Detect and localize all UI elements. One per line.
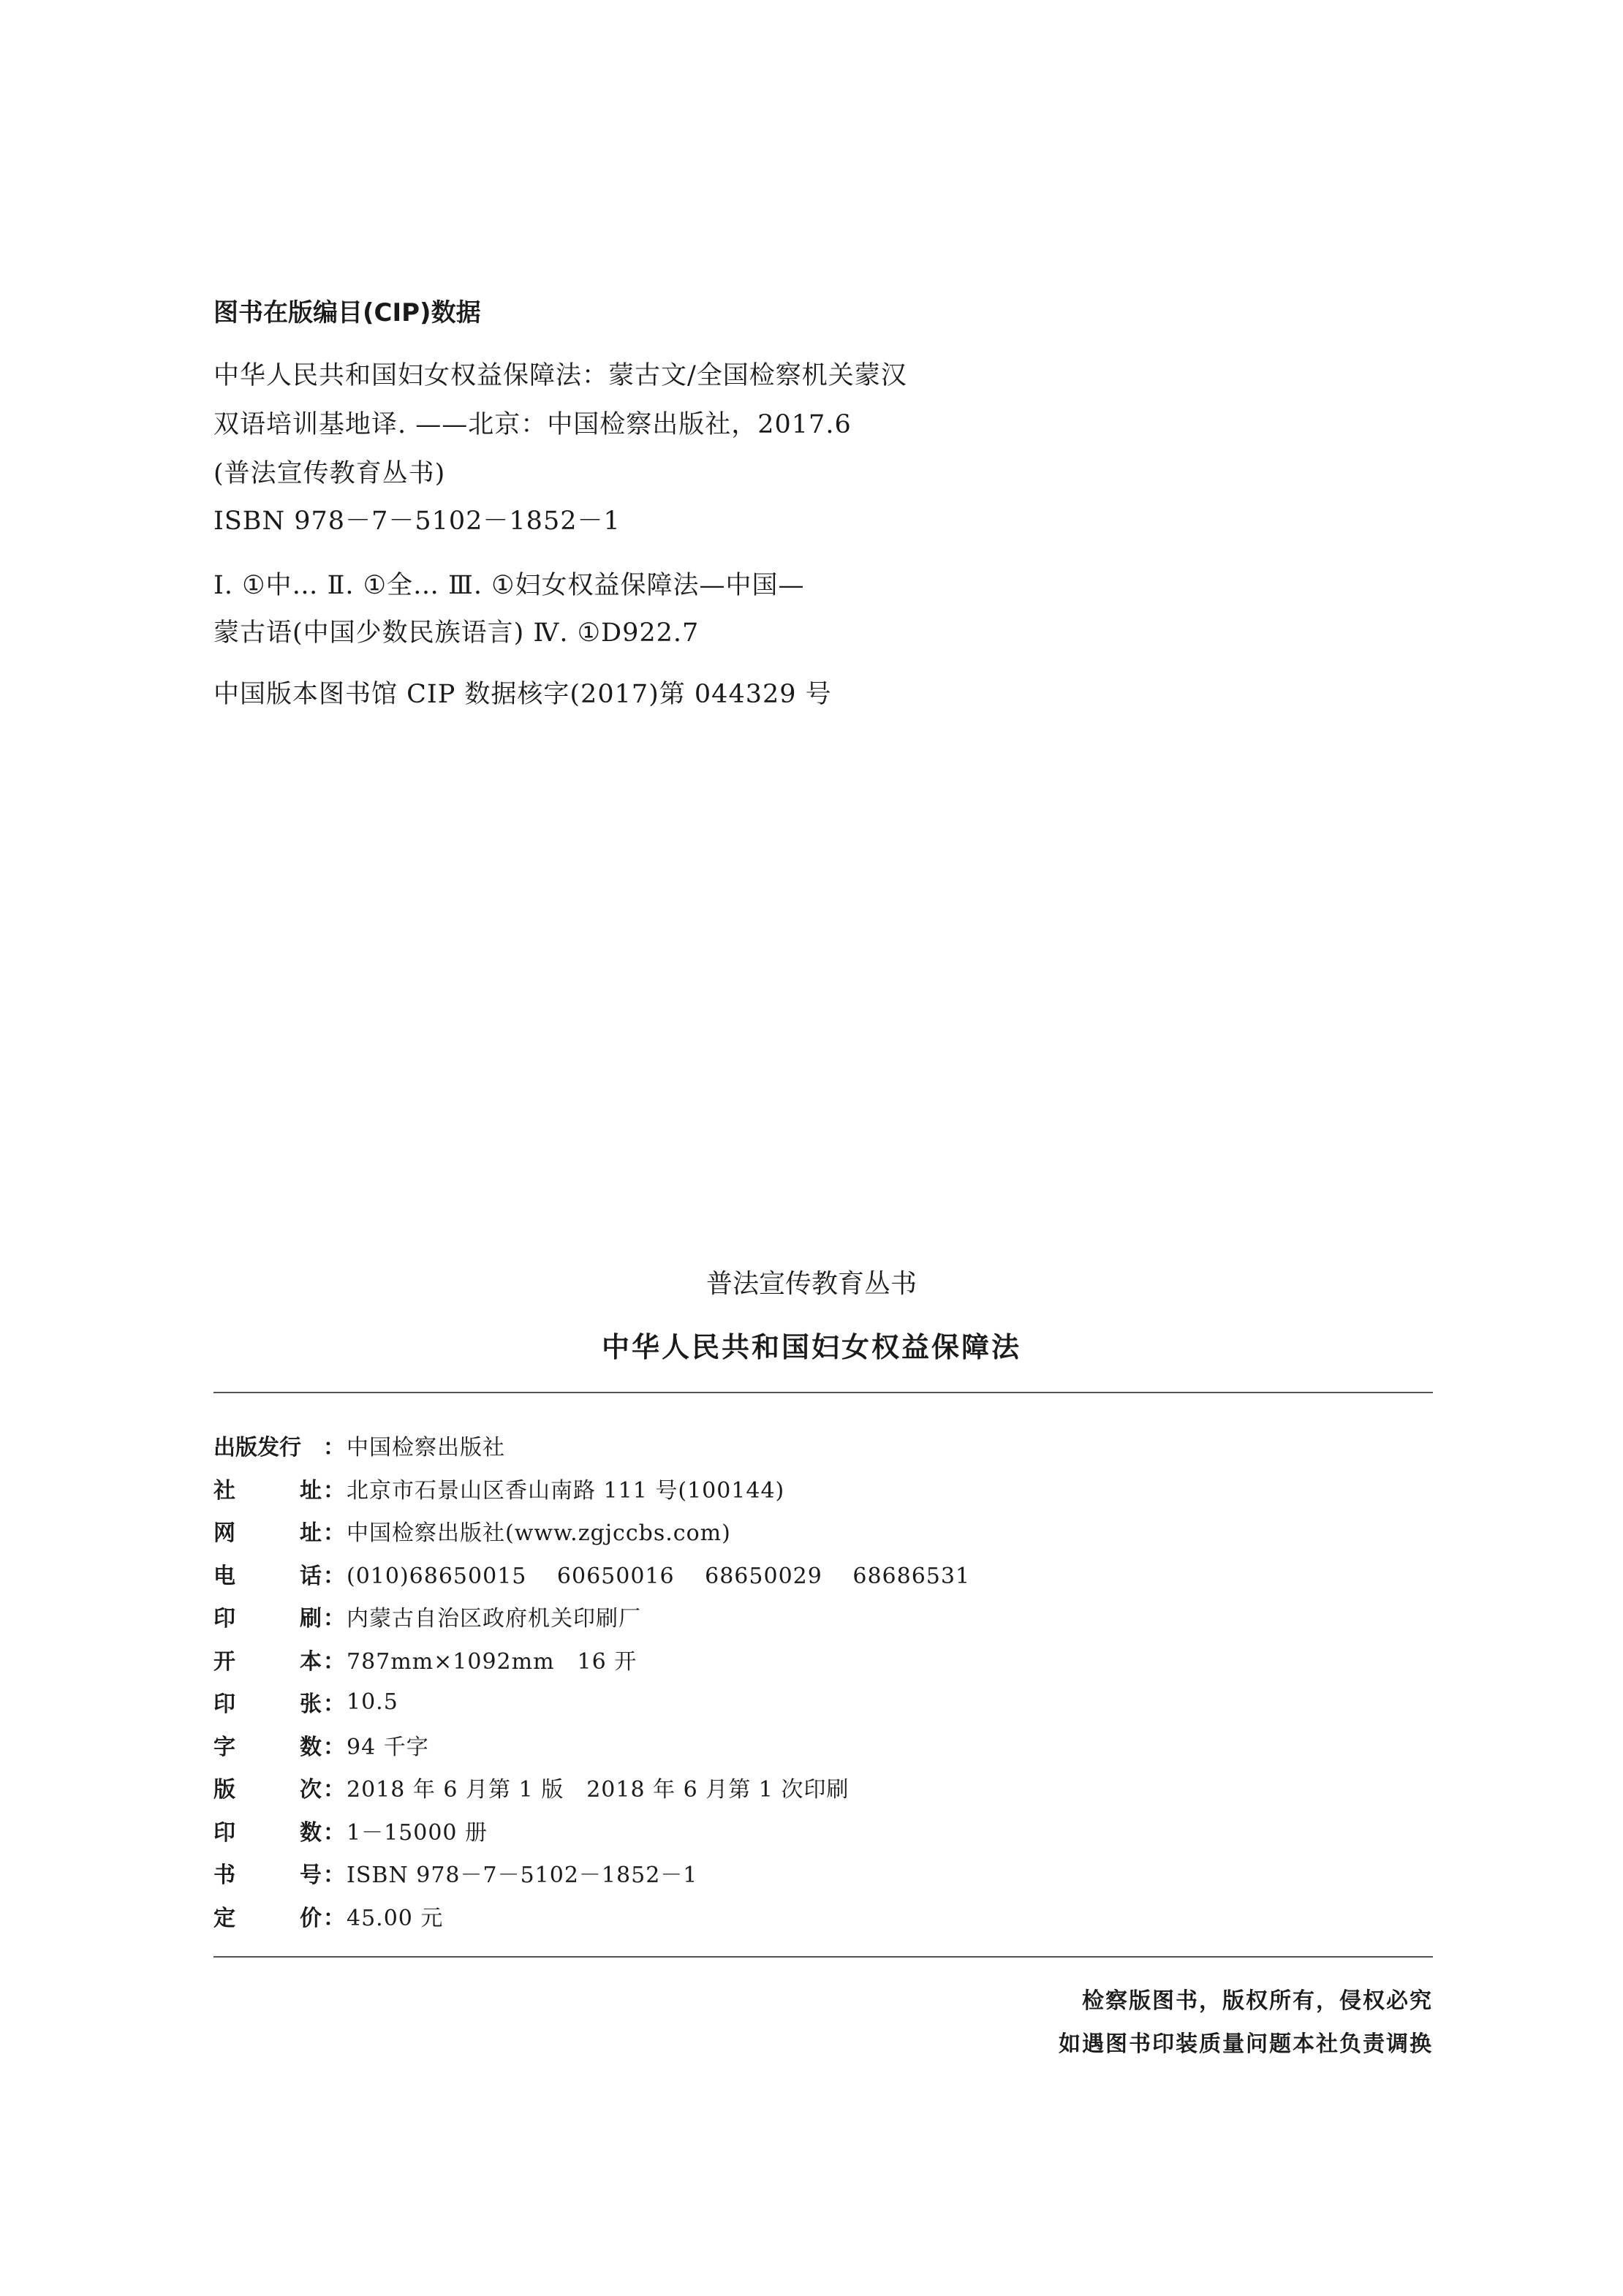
cip-heading: 图书在版编目(CIP)数据: [213, 292, 481, 328]
row-label: 定价: [213, 1900, 322, 1932]
row-label: 印张: [213, 1686, 322, 1718]
row-phone: 电话 ： (010)68650015 60650016 68650029 686…: [213, 1553, 970, 1596]
row-print-run: 印数 ： 1－15000 册: [213, 1809, 970, 1852]
row-label: 开本: [213, 1643, 322, 1675]
row-word-count: 字数 ： 94 千字: [213, 1724, 970, 1767]
row-address: 社址 ： 北京市石景山区香山南路 111 号(100144): [213, 1467, 970, 1510]
row-edition: 版次 ： 2018 年 6 月第 1 版 2018 年 6 月第 1 次印刷: [213, 1766, 970, 1809]
row-label: 印数: [213, 1814, 322, 1846]
row-label: 字数: [213, 1729, 322, 1761]
cip-isbn-line: ISBN 978－7－5102－1852－1: [213, 501, 621, 537]
row-format: 开本 ： 787mm×1092mm 16 开: [213, 1638, 970, 1681]
row-value: (010)68650015 60650016 68650029 68686531: [347, 1558, 970, 1590]
row-value: 94 千字: [347, 1729, 429, 1761]
row-label: 书号: [213, 1857, 322, 1889]
row-value: 内蒙古自治区政府机关印刷厂: [347, 1600, 641, 1632]
row-label: 版次: [213, 1771, 322, 1803]
bottom-divider: [213, 1956, 1433, 1958]
cip-classification-line-1: Ⅰ. ①中… Ⅱ. ①全… Ⅲ. ①妇女权益保障法—中国—: [213, 565, 805, 602]
cip-record-number: 中国版本图书馆 CIP 数据核字(2017)第 044329 号: [213, 674, 832, 711]
cip-publisher-line: 双语培训基地译. ——北京：中国检察出版社，2017.6: [213, 404, 852, 441]
cip-series-line: (普法宣传教育丛书): [213, 453, 445, 490]
row-label: 印刷: [213, 1600, 322, 1632]
row-value: 北京市石景山区香山南路 111 号(100144): [347, 1472, 784, 1504]
quality-notice: 如遇图书印装质量问题本社负责调换: [1059, 2026, 1433, 2058]
cip-title-line: 中华人民共和国妇女权益保障法：蒙古文/全国检察机关蒙汉: [213, 355, 907, 392]
row-sheets: 印张 ： 10.5: [213, 1681, 970, 1724]
row-value: 2018 年 6 月第 1 版 2018 年 6 月第 1 次印刷: [347, 1771, 849, 1803]
row-label: 网址: [213, 1515, 322, 1547]
row-website: 网址 ： 中国检察出版社(www.zgjccbs.com): [213, 1509, 970, 1553]
row-value: 中国检察出版社: [347, 1429, 505, 1461]
row-value: 1－15000 册: [347, 1814, 488, 1846]
colophon-table: 出版发行 ： 中国检察出版社 社址 ： 北京市石景山区香山南路 111 号(10…: [213, 1424, 970, 1937]
row-label: 社址: [213, 1472, 322, 1504]
row-label: 电话: [213, 1558, 322, 1590]
row-value: 45.00 元: [347, 1900, 443, 1932]
row-value: 787mm×1092mm 16 开: [347, 1643, 637, 1675]
row-printer: 印刷 ： 内蒙古自治区政府机关印刷厂: [213, 1595, 970, 1638]
row-value: ISBN 978－7－5102－1852－1: [347, 1857, 697, 1889]
row-value: 10.5: [347, 1689, 398, 1715]
row-price: 定价 ： 45.00 元: [213, 1895, 970, 1938]
row-isbn: 书号 ： ISBN 978－7－5102－1852－1: [213, 1852, 970, 1895]
row-value: 中国检察出版社(www.zgjccbs.com): [347, 1515, 731, 1547]
top-divider: [213, 1392, 1433, 1393]
copyright-notice: 检察版图书，版权所有，侵权必究: [1082, 1982, 1433, 2015]
row-label: 出版发行: [213, 1429, 322, 1461]
series-title: 普法宣传教育丛书: [0, 1263, 1623, 1300]
row-publisher: 出版发行 ： 中国检察出版社: [213, 1424, 970, 1467]
cip-classification-line-2: 蒙古语(中国少数民族语言) Ⅳ. ①D922.7: [213, 613, 699, 649]
book-title: 中华人民共和国妇女权益保障法: [0, 1325, 1623, 1365]
